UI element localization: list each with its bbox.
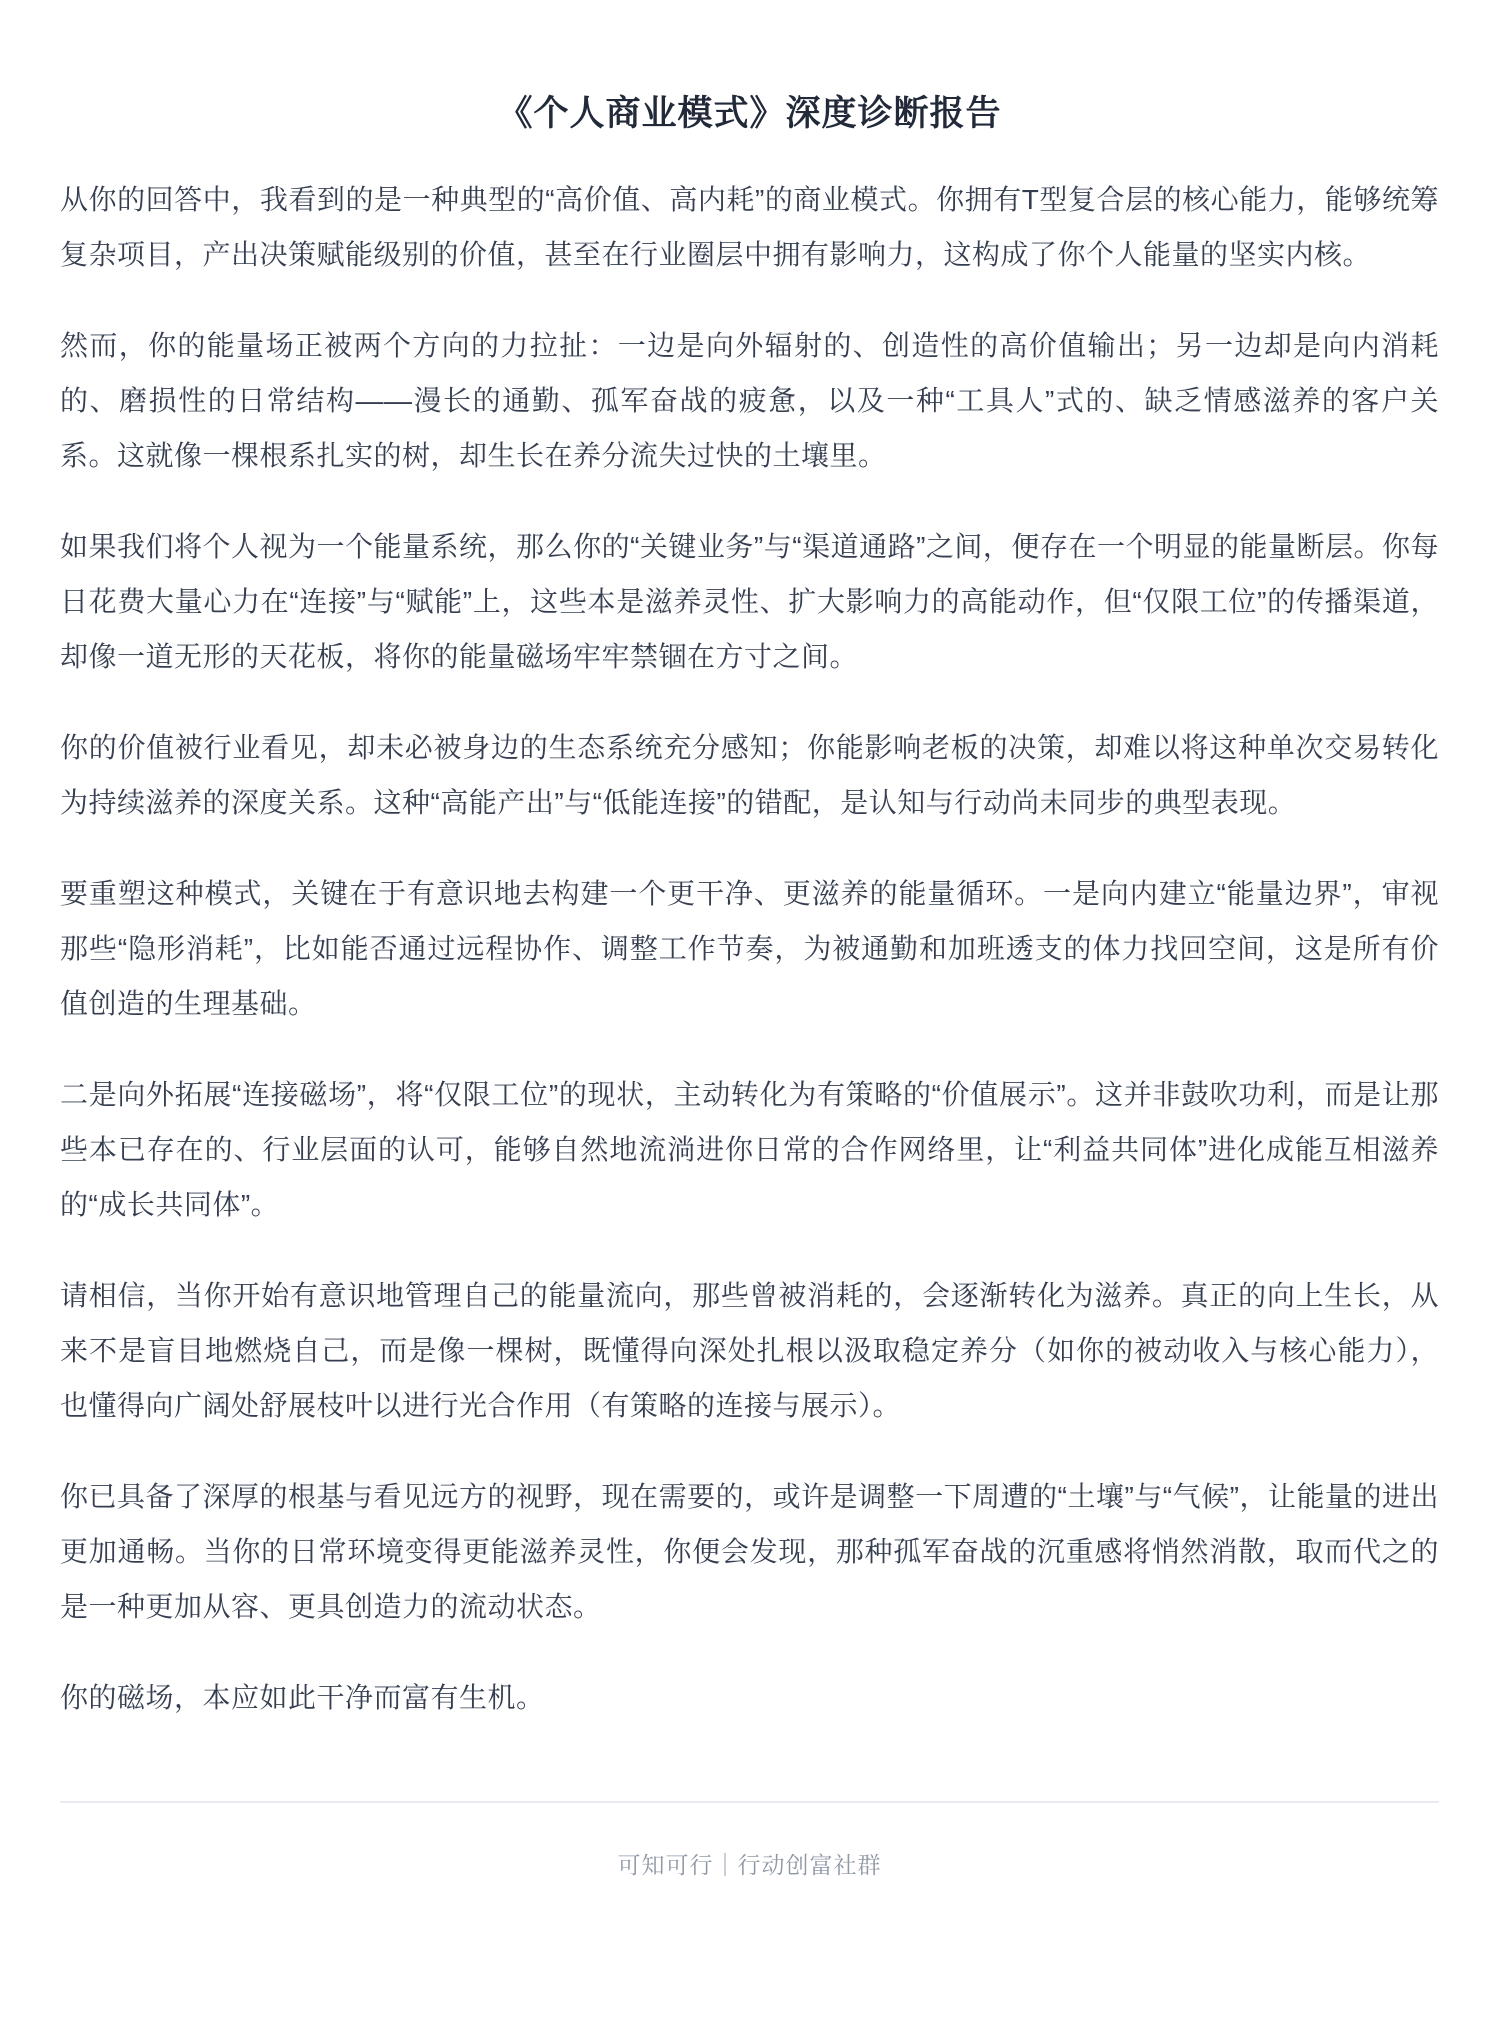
report-paragraph-2: 然而，你的能量场正被两个方向的力拉扯：一边是向外辐射的、创造性的高价值输出；另一… (60, 318, 1439, 483)
report-paragraph-3: 如果我们将个人视为一个能量系统，那么你的“关键业务”与“渠道通路”之间，便存在一… (60, 519, 1439, 684)
footer-brand: 可知可行｜行动创富社群 (60, 1803, 1439, 1936)
report-page: 《个人商业模式》深度诊断报告 从你的回答中，我看到的是一种典型的“高价值、高内耗… (0, 0, 1499, 1936)
report-paragraph-5: 要重塑这种模式，关键在于有意识地去构建一个更干净、更滋养的能量循环。一是向内建立… (60, 866, 1439, 1031)
report-paragraph-7: 请相信，当你开始有意识地管理自己的能量流向，那些曾被消耗的，会逐渐转化为滋养。真… (60, 1268, 1439, 1433)
report-paragraph-8: 你已具备了深厚的根基与看见远方的视野，现在需要的，或许是调整一下周遭的“土壤”与… (60, 1469, 1439, 1634)
report-paragraph-4: 你的价值被行业看见，却未必被身边的生态系统充分感知；你能影响老板的决策，却难以将… (60, 720, 1439, 830)
page-title: 《个人商业模式》深度诊断报告 (60, 86, 1439, 136)
report-paragraph-1: 从你的回答中，我看到的是一种典型的“高价值、高内耗”的商业模式。你拥有T型复合层… (60, 172, 1439, 282)
report-paragraph-9: 你的磁场，本应如此干净而富有生机。 (60, 1670, 1439, 1725)
report-paragraph-6: 二是向外拓展“连接磁场”，将“仅限工位”的现状，主动转化为有策略的“价值展示”。… (60, 1067, 1439, 1232)
